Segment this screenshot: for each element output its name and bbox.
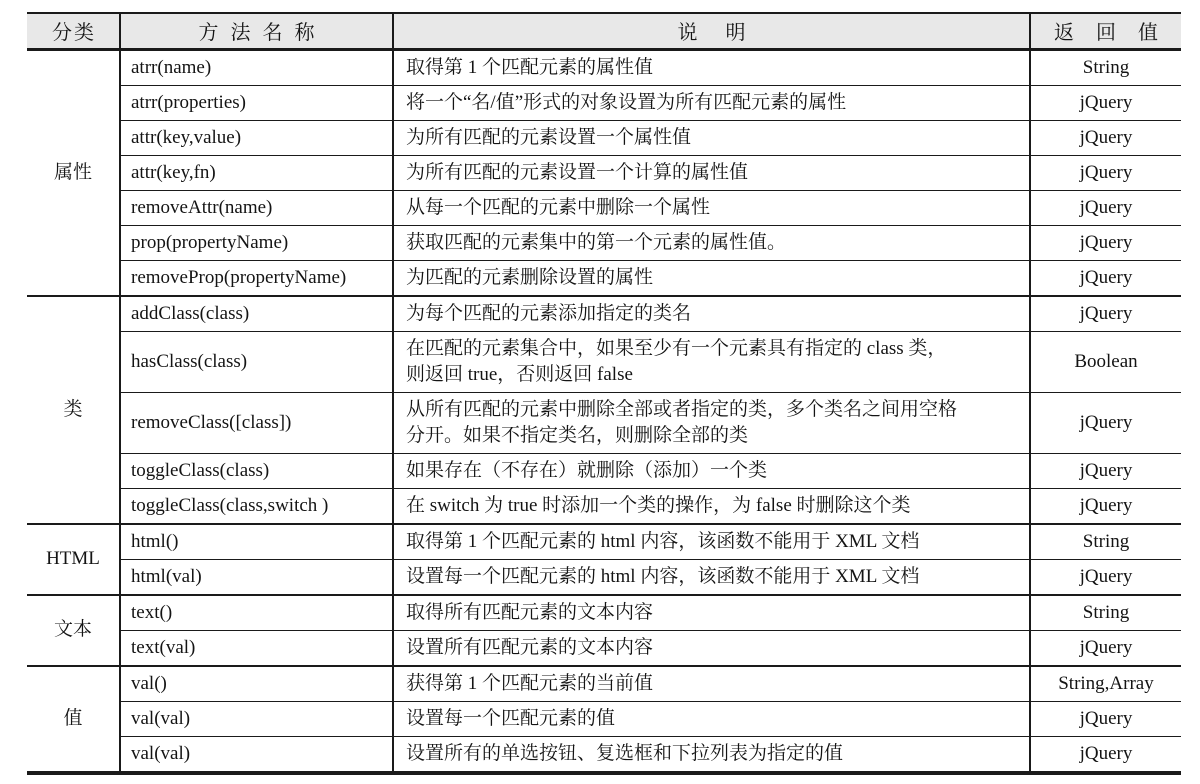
method-cell: val(val)	[120, 736, 393, 773]
table-header: 分类 方法名称 说明 返回值	[27, 13, 1181, 49]
return-cell: jQuery	[1030, 701, 1181, 736]
return-cell: jQuery	[1030, 225, 1181, 260]
category-cell: 属性	[27, 49, 120, 296]
table-row: attr(key,fn)为所有匹配的元素设置一个计算的属性值jQuery	[27, 155, 1181, 190]
description-cell: 设置每一个匹配元素的 html 内容，该函数不能用于 XML 文档	[393, 559, 1030, 595]
return-cell: jQuery	[1030, 488, 1181, 524]
method-cell: html()	[120, 524, 393, 560]
table-row: 属性atrr(name)取得第 1 个匹配元素的属性值String	[27, 49, 1181, 85]
return-cell: String	[1030, 49, 1181, 85]
description-cell: 在 switch 为 true 时添加一个类的操作，为 false 时删除这个类	[393, 488, 1030, 524]
return-cell: jQuery	[1030, 453, 1181, 488]
method-cell: toggleClass(class)	[120, 453, 393, 488]
table-row: removeAttr(name)从每一个匹配的元素中删除一个属性jQuery	[27, 190, 1181, 225]
method-cell: html(val)	[120, 559, 393, 595]
method-cell: val(val)	[120, 701, 393, 736]
header-description: 说明	[393, 13, 1030, 49]
description-cell: 获取匹配的元素集中的第一个元素的属性值。	[393, 225, 1030, 260]
table-row: 类addClass(class)为每个匹配的元素添加指定的类名jQuery	[27, 296, 1181, 332]
description-cell: 为所有匹配的元素设置一个属性值	[393, 120, 1030, 155]
return-cell: jQuery	[1030, 260, 1181, 296]
description-cell: 从每一个匹配的元素中删除一个属性	[393, 190, 1030, 225]
method-cell: atrr(name)	[120, 49, 393, 85]
jquery-methods-table: 分类 方法名称 说明 返回值 属性atrr(name)取得第 1 个匹配元素的属…	[27, 12, 1181, 775]
table-row: removeProp(propertyName)为匹配的元素删除设置的属性jQu…	[27, 260, 1181, 296]
table-body: 属性atrr(name)取得第 1 个匹配元素的属性值Stringatrr(pr…	[27, 49, 1181, 773]
return-cell: jQuery	[1030, 392, 1181, 453]
description-cell: 为每个匹配的元素添加指定的类名	[393, 296, 1030, 332]
method-cell: removeProp(propertyName)	[120, 260, 393, 296]
description-cell: 设置所有的单选按钮、复选框和下拉列表为指定的值	[393, 736, 1030, 773]
description-cell: 如果存在（不存在）就删除（添加）一个类	[393, 453, 1030, 488]
method-cell: text()	[120, 595, 393, 631]
category-cell: HTML	[27, 524, 120, 595]
method-cell: val()	[120, 666, 393, 702]
description-cell: 为所有匹配的元素设置一个计算的属性值	[393, 155, 1030, 190]
description-cell: 将一个“名/值”形式的对象设置为所有匹配元素的属性	[393, 85, 1030, 120]
return-cell: jQuery	[1030, 630, 1181, 666]
category-cell: 文本	[27, 595, 120, 666]
header-category: 分类	[27, 13, 120, 49]
return-cell: jQuery	[1030, 85, 1181, 120]
return-cell: jQuery	[1030, 296, 1181, 332]
description-cell: 取得所有匹配元素的文本内容	[393, 595, 1030, 631]
return-cell: jQuery	[1030, 190, 1181, 225]
table-row: val(val)设置所有的单选按钮、复选框和下拉列表为指定的值jQuery	[27, 736, 1181, 773]
description-cell: 从所有匹配的元素中删除全部或者指定的类，多个类名之间用空格分开。如果不指定类名，…	[393, 392, 1030, 453]
table-row: atrr(properties)将一个“名/值”形式的对象设置为所有匹配元素的属…	[27, 85, 1181, 120]
return-cell: jQuery	[1030, 559, 1181, 595]
category-cell: 值	[27, 666, 120, 773]
description-cell: 为匹配的元素删除设置的属性	[393, 260, 1030, 296]
method-cell: toggleClass(class,switch )	[120, 488, 393, 524]
header-method: 方法名称	[120, 13, 393, 49]
table-row: val(val)设置每一个匹配元素的值jQuery	[27, 701, 1181, 736]
description-cell: 取得第 1 个匹配元素的属性值	[393, 49, 1030, 85]
return-cell: jQuery	[1030, 736, 1181, 773]
table-row: toggleClass(class,switch )在 switch 为 tru…	[27, 488, 1181, 524]
method-cell: attr(key,value)	[120, 120, 393, 155]
table-row: 文本text()取得所有匹配元素的文本内容String	[27, 595, 1181, 631]
return-cell: String,Array	[1030, 666, 1181, 702]
table-row: removeClass([class])从所有匹配的元素中删除全部或者指定的类，…	[27, 392, 1181, 453]
table-row: toggleClass(class)如果存在（不存在）就删除（添加）一个类jQu…	[27, 453, 1181, 488]
description-cell: 在匹配的元素集合中，如果至少有一个元素具有指定的 class 类，则返回 tru…	[393, 331, 1030, 392]
return-cell: jQuery	[1030, 120, 1181, 155]
method-cell: removeAttr(name)	[120, 190, 393, 225]
return-cell: String	[1030, 595, 1181, 631]
description-cell: 获得第 1 个匹配元素的当前值	[393, 666, 1030, 702]
method-cell: atrr(properties)	[120, 85, 393, 120]
table-row: html(val)设置每一个匹配元素的 html 内容，该函数不能用于 XML …	[27, 559, 1181, 595]
method-cell: text(val)	[120, 630, 393, 666]
table-row: text(val)设置所有匹配元素的文本内容jQuery	[27, 630, 1181, 666]
table-row: prop(propertyName)获取匹配的元素集中的第一个元素的属性值。jQ…	[27, 225, 1181, 260]
return-cell: Boolean	[1030, 331, 1181, 392]
description-cell: 设置所有匹配元素的文本内容	[393, 630, 1030, 666]
method-cell: attr(key,fn)	[120, 155, 393, 190]
category-cell: 类	[27, 296, 120, 524]
table-row: HTMLhtml()取得第 1 个匹配元素的 html 内容，该函数不能用于 X…	[27, 524, 1181, 560]
return-cell: String	[1030, 524, 1181, 560]
description-cell: 设置每一个匹配元素的值	[393, 701, 1030, 736]
header-return: 返回值	[1030, 13, 1181, 49]
method-cell: addClass(class)	[120, 296, 393, 332]
table-row: hasClass(class)在匹配的元素集合中，如果至少有一个元素具有指定的 …	[27, 331, 1181, 392]
description-cell: 取得第 1 个匹配元素的 html 内容，该函数不能用于 XML 文档	[393, 524, 1030, 560]
return-cell: jQuery	[1030, 155, 1181, 190]
table-row: attr(key,value)为所有匹配的元素设置一个属性值jQuery	[27, 120, 1181, 155]
header-row: 分类 方法名称 说明 返回值	[27, 13, 1181, 49]
method-cell: prop(propertyName)	[120, 225, 393, 260]
method-cell: hasClass(class)	[120, 331, 393, 392]
table-row: 值val()获得第 1 个匹配元素的当前值String,Array	[27, 666, 1181, 702]
method-cell: removeClass([class])	[120, 392, 393, 453]
